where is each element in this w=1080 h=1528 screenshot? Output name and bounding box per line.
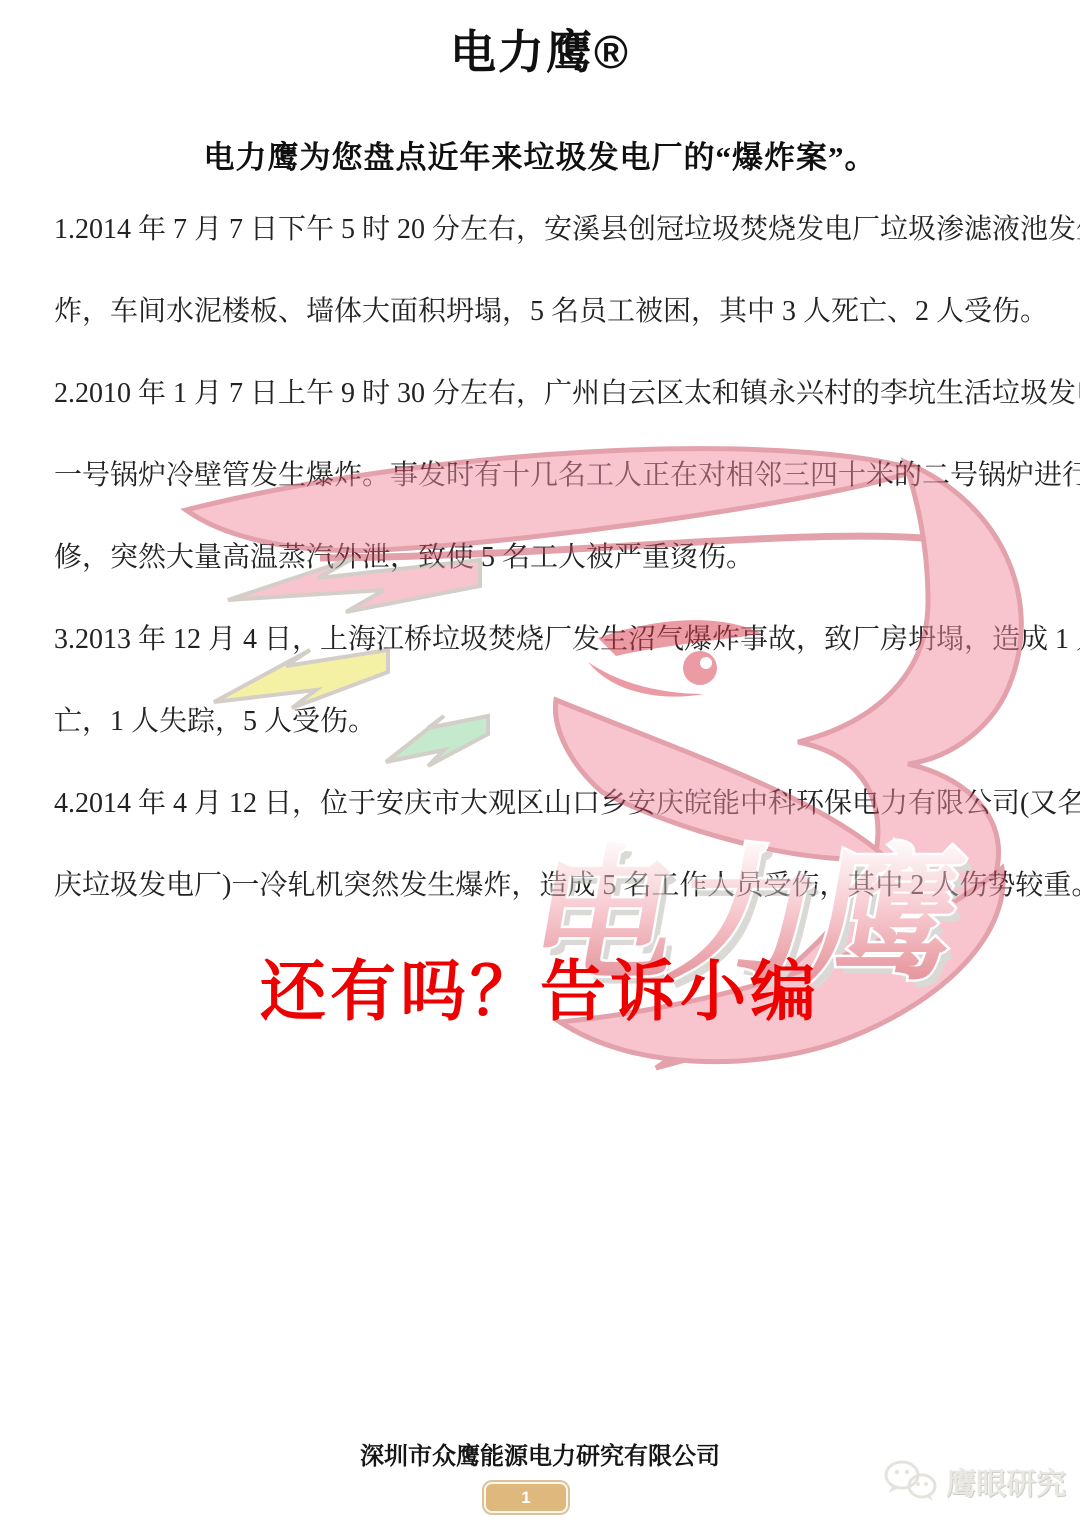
paragraph-2-line-1: 2.2010 年 1 月 7 日上午 9 时 30 分左右，广州白云区太和镇永兴… xyxy=(54,353,1032,435)
wechat-icon xyxy=(882,1458,940,1504)
paragraph-4-line-2: 庆垃圾发电厂)一冷轧机突然发生爆炸，造成 5 名工作人员受伤，其中 2 人伤势较… xyxy=(54,845,1032,927)
paragraph-1-line-1: 1.2014 年 7 月 7 日下午 5 时 20 分左右，安溪县创冠垃圾焚烧发… xyxy=(54,189,1032,271)
callout-text: 还有吗？告诉小编 xyxy=(0,938,1080,1033)
paragraph-2-line-2: 一号锅炉冷壁管发生爆炸。事发时有十几名工人正在对相邻三四十米的二号锅炉进行维 xyxy=(54,435,1032,517)
page-subtitle: 电力鹰为您盘点近年来垃圾发电厂的“爆炸案”。 xyxy=(0,132,1080,177)
page-number: 1 xyxy=(521,1488,530,1507)
paragraph-2-line-3: 修，突然大量高温蒸汽外泄，致使 5 名工人被严重烫伤。 xyxy=(54,517,1032,599)
page-number-badge: 1 xyxy=(484,1482,568,1513)
paragraph-4-line-1: 4.2014 年 4 月 12 日，位于安庆市大观区山口乡安庆皖能中科环保电力有… xyxy=(54,763,1032,845)
article-body: 1.2014 年 7 月 7 日下午 5 时 20 分左右，安溪县创冠垃圾焚烧发… xyxy=(54,189,1032,927)
paragraph-3-line-2: 亡，1 人失踪，5 人受伤。 xyxy=(54,681,1032,763)
brand-watermark: 鹰眼研究 xyxy=(882,1458,1066,1504)
brand-name: 鹰眼研究 xyxy=(946,1459,1066,1503)
paragraph-3-line-1: 3.2013 年 12 月 4 日，上海江桥垃圾焚烧厂发生沼气爆炸事故，致厂房坍… xyxy=(54,599,1032,681)
document-page: 电力鹰® 电力鹰为您盘点近年来垃圾发电厂的“爆炸案”。 1.2014 年 7 月… xyxy=(0,0,1080,1528)
paragraph-1-line-2: 炸，车间水泥楼板、墙体大面积坍塌，5 名员工被困，其中 3 人死亡、2 人受伤。 xyxy=(54,271,1032,353)
page-title: 电力鹰® xyxy=(0,16,1080,82)
